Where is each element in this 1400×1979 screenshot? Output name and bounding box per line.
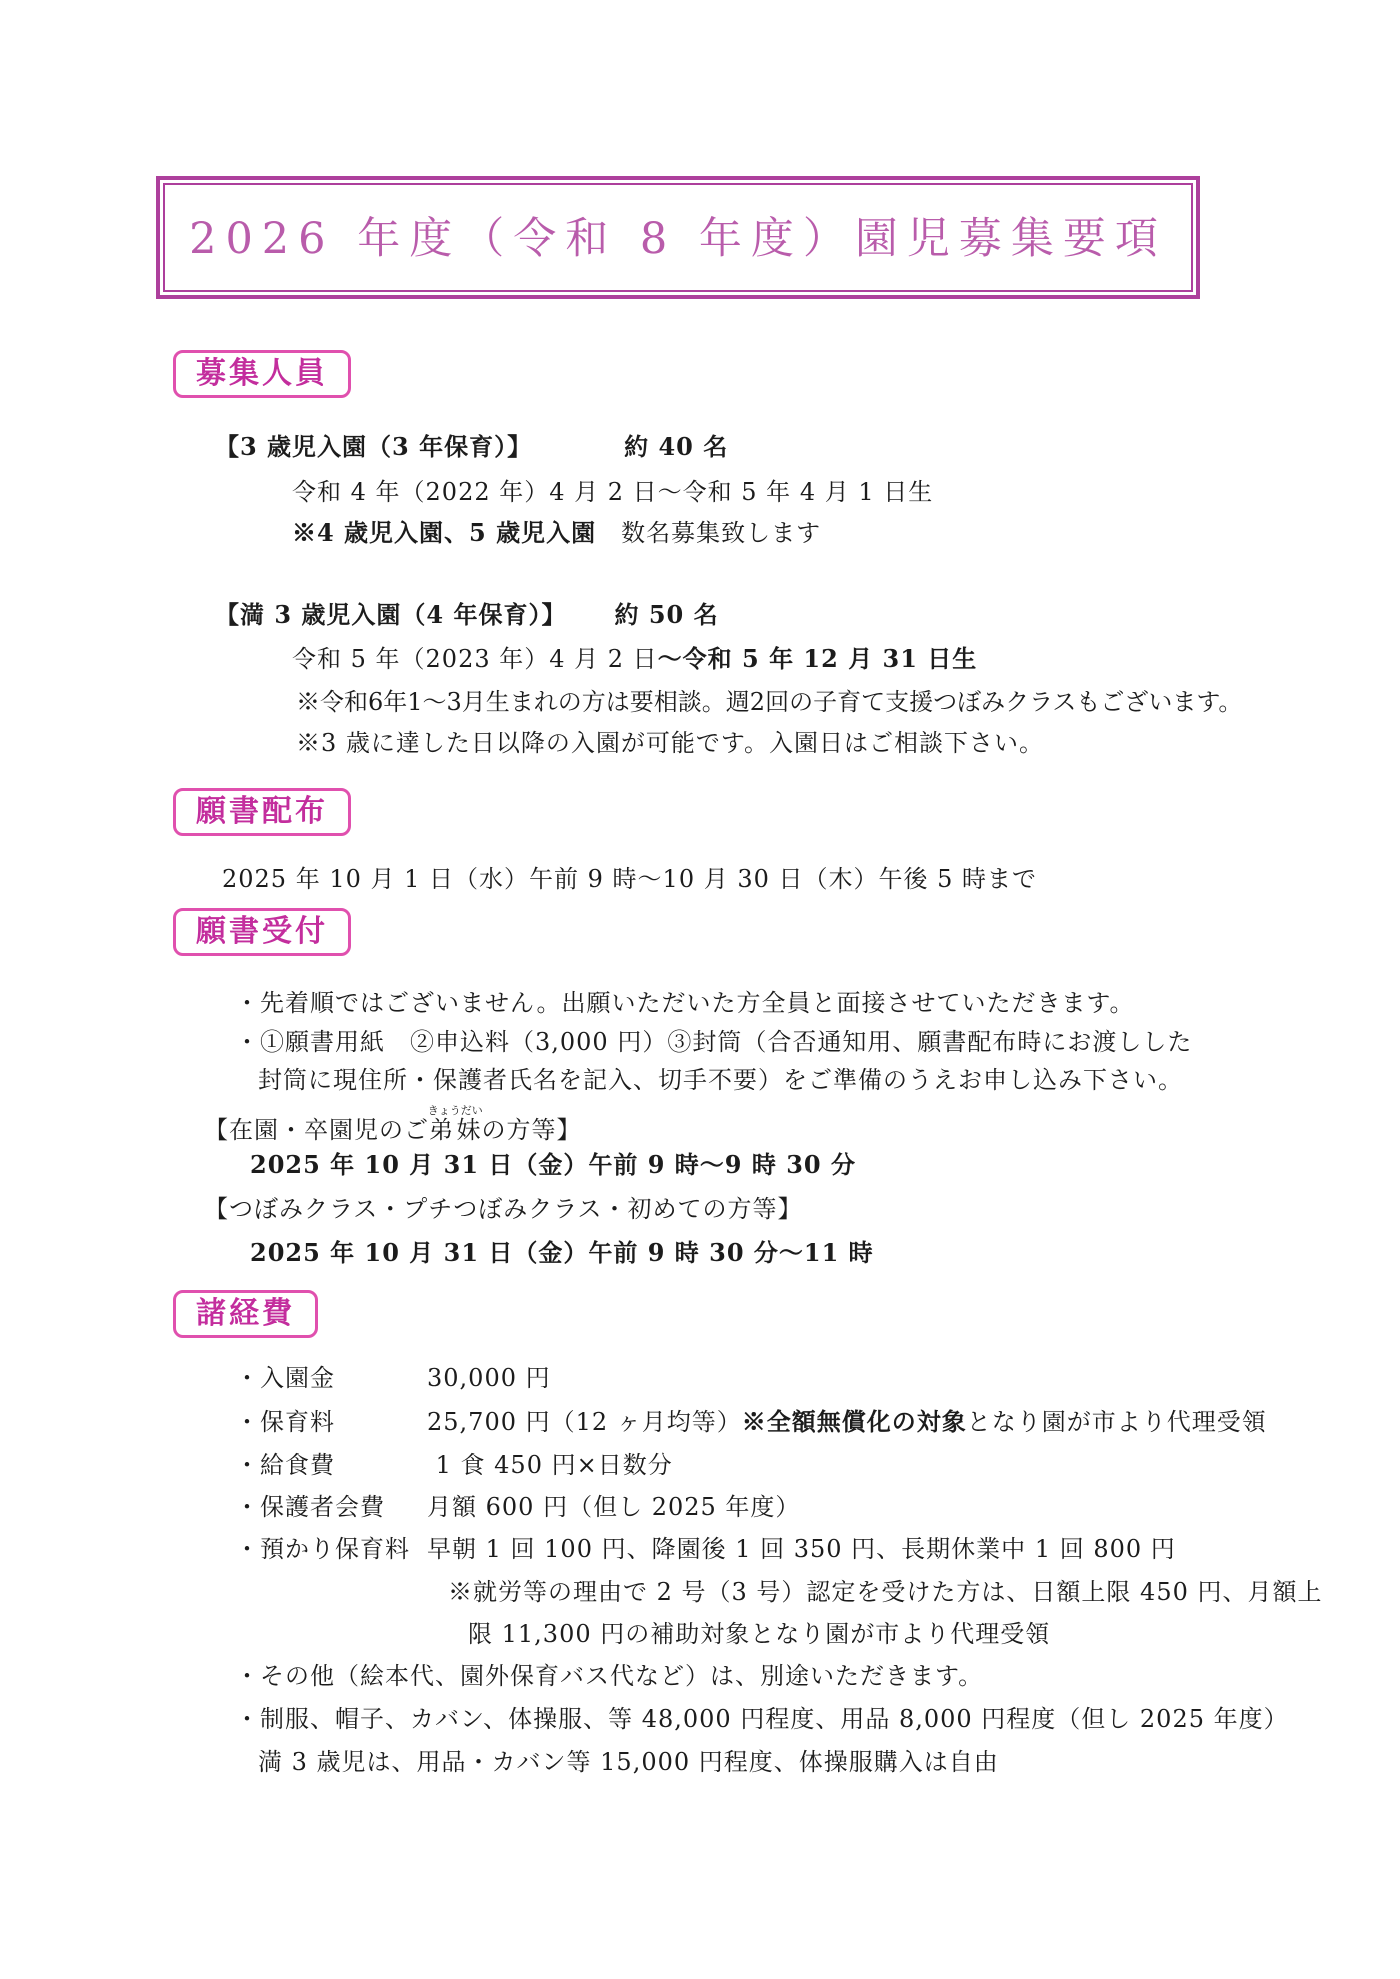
expense-row-lunch: ・給食費 1 食 450 円×日数分 [235,1450,673,1480]
application-required-items: ・①願書用紙 ②申込料（3,000 円）③封筒（合否通知用、願書配布時にお渡しし… [235,1027,1192,1057]
title-box-inner: 2026 年度（令和 8 年度）園児募集要項 [163,183,1193,292]
section-heading-expenses: 諸経費 [173,1290,318,1338]
expense-extended-label: ・預かり保育料 [235,1534,427,1564]
expense-tuition-label: ・保育料 [235,1407,427,1437]
age3-title: 【3 歳児入園（3 年保育）】 [215,432,532,461]
full3-birth-range: 令和 5 年（2023 年）4 月 2 日～令和 5 年 12 月 31 日生 [292,644,977,674]
age3-note-bold: ※4 歳児入園、5 歳児入園 [292,518,596,547]
expense-entrance-value: 30,000 円 [427,1364,551,1392]
full3-birth-bold: ～令和 5 年 12 月 31 日生 [658,644,978,673]
application-note-order: ・先着順ではございません。出願いただいた方全員と面接させていただきます。 [235,988,1135,1018]
expense-row-pta: ・保護者会費月額 600 円（但し 2025 年度） [235,1492,800,1522]
full3-note1: ※令和6年1～3月生まれの方は要相談。週2回の子育て支援つぼみクラスもございます… [296,687,1242,717]
expense-tuition-value: 25,700 円（12 ヶ月均等） [427,1408,742,1436]
expense-row-tuition: ・保育料25,700 円（12 ヶ月均等）※全額無償化の対象となり園が市より代理… [235,1407,1267,1437]
document-page: 2026 年度（令和 8 年度）園児募集要項 募集人員 【3 歳児入園（3 年保… [0,0,1400,1979]
expense-pta-value: 月額 600 円（但し 2025 年度） [427,1493,800,1521]
application-first-timers-label: 【つぼみクラス・プチつぼみクラス・初めての方等】 [204,1194,803,1224]
title-box: 2026 年度（令和 8 年度）園児募集要項 [156,176,1200,299]
section-heading-distribution: 願書配布 [173,788,351,836]
expense-extended-note1: ※就労等の理由で 2 号（3 号）認定を受けた方は、日額上限 450 円、月額上 [448,1577,1323,1607]
expense-tuition-value-bold: ※全額無償化の対象 [742,1407,967,1436]
application-required-items-cont: 封筒に現住所・保護者氏名を記入、切手不要）をご準備のうえお申し込み下さい。 [258,1065,1183,1095]
section-heading-application: 願書受付 [173,908,351,956]
age3-birth-range: 令和 4 年（2022 年）4 月 2 日～令和 5 年 4 月 1 日生 [292,477,933,507]
distribution-period: 2025 年 10 月 1 日（水）午前 9 時～10 月 30 日（木）午後 … [222,864,1037,894]
expense-lunch-value: 1 食 450 円×日数分 [427,1451,673,1479]
section-heading-recruitment: 募集人員 [173,350,351,398]
age3-capacity: 約 40 名 [624,432,728,461]
full3-heading: 【満 3 歳児入園（4 年保育）】約 50 名 [215,600,719,630]
siblings-ruby-base: 弟妹 [428,1116,483,1144]
expense-row-extended-care: ・預かり保育料早朝 1 回 100 円、降園後 1 回 350 円、長期休業中 … [235,1534,1176,1564]
siblings-ruby: 弟妹きょうだい [429,1116,482,1144]
full3-title: 【満 3 歳児入園（4 年保育）】 [215,600,566,629]
age3-heading: 【3 歳児入園（3 年保育）】約 40 名 [215,432,728,462]
siblings-suffix: の方等】 [482,1116,582,1144]
expense-tuition-value-tail: となり園が市より代理受領 [967,1408,1267,1436]
expense-uniform-cont: 満 3 歳児は、用品・カバン等 15,000 円程度、体操服購入は自由 [258,1747,999,1777]
page-title: 2026 年度（令和 8 年度）園児募集要項 [189,214,1167,264]
expense-extended-value: 早朝 1 回 100 円、降園後 1 回 350 円、長期休業中 1 回 800… [427,1535,1176,1563]
expense-pta-label: ・保護者会費 [235,1492,427,1522]
siblings-prefix: 【在園・卒園児のご [204,1116,429,1144]
expense-lunch-label: ・給食費 [235,1450,427,1480]
application-siblings-time: 2025 年 10 月 31 日（金）午前 9 時～9 時 30 分 [250,1150,856,1180]
expense-uniform: ・制服、帽子、カバン、体操服、等 48,000 円程度、用品 8,000 円程度… [235,1704,1289,1734]
full3-note2: ※3 歳に達した日以降の入園が可能です。入園日はご相談下さい。 [296,728,1044,758]
full3-capacity: 約 50 名 [614,600,718,629]
full3-birth-normal: 令和 5 年（2023 年）4 月 2 日 [292,645,658,673]
expense-entrance-label: ・入園金 [235,1363,427,1393]
expense-others: ・その他（絵本代、園外保育バス代など）は、別途いただきます。 [235,1661,983,1691]
application-first-timers-time: 2025 年 10 月 31 日（金）午前 9 時 30 分～11 時 [250,1238,874,1268]
age3-note-rest: 数名募集致します [596,519,821,547]
siblings-ruby-furigana: きょうだい [428,1104,483,1117]
age3-note: ※4 歳児入園、5 歳児入園 数名募集致します [292,518,821,548]
application-siblings-label: 【在園・卒園児のご弟妹きょうだいの方等】 [204,1104,582,1145]
expense-extended-note2: 限 11,300 円の補助対象となり園が市より代理受領 [468,1619,1050,1649]
expense-row-entrance: ・入園金30,000 円 [235,1363,551,1393]
